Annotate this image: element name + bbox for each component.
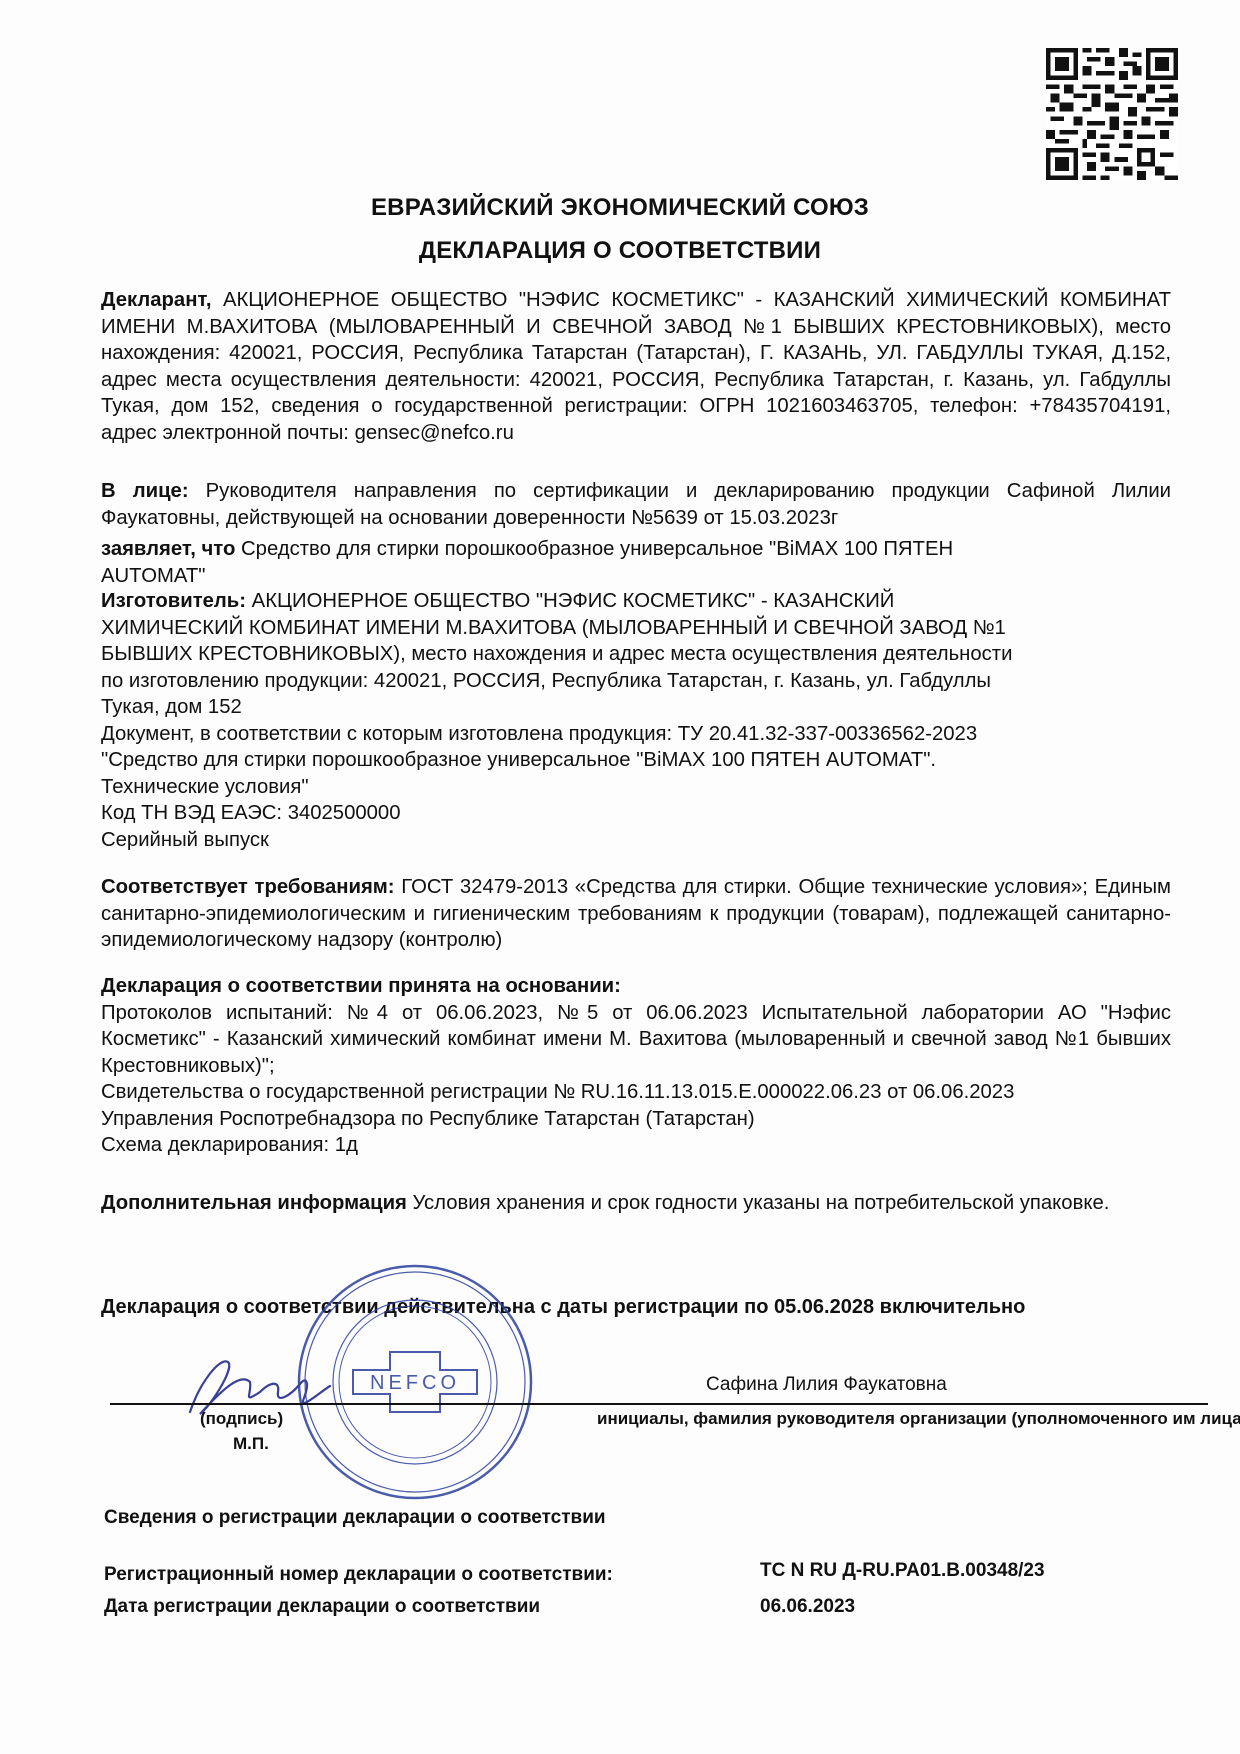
declaration-page: ЕВРАЗИЙСКИЙ ЭКОНОМИЧЕСКИЙ СОЮЗ ДЕКЛАРАЦИ… bbox=[0, 0, 1240, 1754]
standard-doc-line: "Средство для стирки порошкообразное уни… bbox=[101, 747, 1171, 774]
declarant-text: АКЦИОНЕРНОЕ ОБЩЕСТВО "НЭФИС КОСМЕТИКС" -… bbox=[101, 289, 1171, 444]
additional-info-label: Дополнительная информация bbox=[101, 1192, 407, 1214]
production-type: Серийный выпуск bbox=[101, 827, 1171, 854]
declares-section: заявляет, что Средство для стирки порошк… bbox=[101, 536, 1061, 589]
manufacturer-line: ХИМИЧЕСКИЙ КОМБИНАТ ИМЕНИ М.ВАХИТОВА (МЫ… bbox=[101, 615, 1171, 642]
registration-certificate: Свидетельства о государственной регистра… bbox=[101, 1079, 1171, 1106]
manufacturer-line: АКЦИОНЕРНОЕ ОБЩЕСТВО "НЭФИС КОСМЕТИКС" -… bbox=[252, 590, 895, 612]
declares-label: заявляет, что bbox=[101, 538, 235, 560]
qr-code-icon bbox=[1046, 44, 1178, 184]
hs-code: Код ТН ВЭД ЕАЭС: 3402500000 bbox=[101, 800, 1171, 827]
in-person-text: Руководителя направления по сертификации… bbox=[101, 480, 1171, 529]
registration-date-label: Дата регистрации декларации о соответств… bbox=[104, 1596, 540, 1618]
validity-statement: Декларация о соответствии действительна … bbox=[101, 1296, 1025, 1319]
declaration-scheme: Схема декларирования: 1д bbox=[101, 1132, 1171, 1159]
svg-text:NEFCO: NEFCO bbox=[370, 1372, 460, 1394]
registration-heading: Сведения о регистрации декларации о соот… bbox=[104, 1507, 606, 1529]
registration-date-value: 06.06.2023 bbox=[760, 1596, 855, 1618]
in-person-label: В лице: bbox=[101, 480, 189, 502]
manufacturer-label: Изготовитель: bbox=[101, 590, 246, 612]
union-title: ЕВРАЗИЙСКИЙ ЭКОНОМИЧЕСКИЙ СОЮЗ bbox=[0, 194, 1240, 222]
test-protocols: Протоколов испытаний: №4 от 06.06.2023, … bbox=[101, 1000, 1171, 1080]
basis-section: Декларация о соответствии принята на осн… bbox=[101, 973, 1171, 1159]
standard-doc-line: Технические условия" bbox=[101, 774, 1171, 801]
conformity-label: Соответствует требованиям: bbox=[101, 876, 395, 898]
registration-number-value: ТС N RU Д-RU.PA01.B.00348/23 bbox=[760, 1560, 1045, 1582]
signature-caption: (подпись) bbox=[200, 1409, 283, 1429]
declarant-label: Декларант, bbox=[101, 289, 212, 311]
basis-label: Декларация о соответствии принята на осн… bbox=[101, 973, 1171, 1000]
conformity-section: Соответствует требованиям: ГОСТ 32479-20… bbox=[101, 874, 1171, 954]
manufacturer-line: по изготовлению продукции: 420021, РОССИ… bbox=[101, 668, 1171, 695]
declarant-section: Декларант, АКЦИОНЕРНОЕ ОБЩЕСТВО "НЭФИС К… bbox=[101, 287, 1171, 446]
seal-place-label: М.П. bbox=[233, 1434, 269, 1454]
manufacturer-line: Тукая, дом 152 bbox=[101, 694, 1171, 721]
in-person-section: В лице: Руководителя направления по серт… bbox=[101, 478, 1171, 531]
manufacturer-section: Изготовитель: АКЦИОНЕРНОЕ ОБЩЕСТВО "НЭФИ… bbox=[101, 588, 1171, 853]
additional-info-section: Дополнительная информация Условия хранен… bbox=[101, 1190, 1171, 1217]
manufacturer-line: БЫВШИХ КРЕСТОВНИКОВЫХ), место нахождения… bbox=[101, 641, 1171, 668]
standard-doc-line: Документ, в соответствии с которым изгот… bbox=[101, 721, 1171, 748]
issuing-authority: Управления Роспотребнадзора по Республик… bbox=[101, 1106, 1171, 1133]
additional-info-text: Условия хранения и срок годности указаны… bbox=[413, 1192, 1110, 1214]
document-title: ДЕКЛАРАЦИЯ О СООТВЕТСТВИИ bbox=[0, 237, 1240, 265]
signer-name: Сафина Лилия Фаукатовна bbox=[706, 1374, 947, 1396]
signature-line bbox=[110, 1403, 1208, 1405]
registration-number-label: Регистрационный номер декларации о соотв… bbox=[104, 1564, 613, 1586]
signer-caption: инициалы, фамилия руководителя организац… bbox=[597, 1409, 1240, 1429]
